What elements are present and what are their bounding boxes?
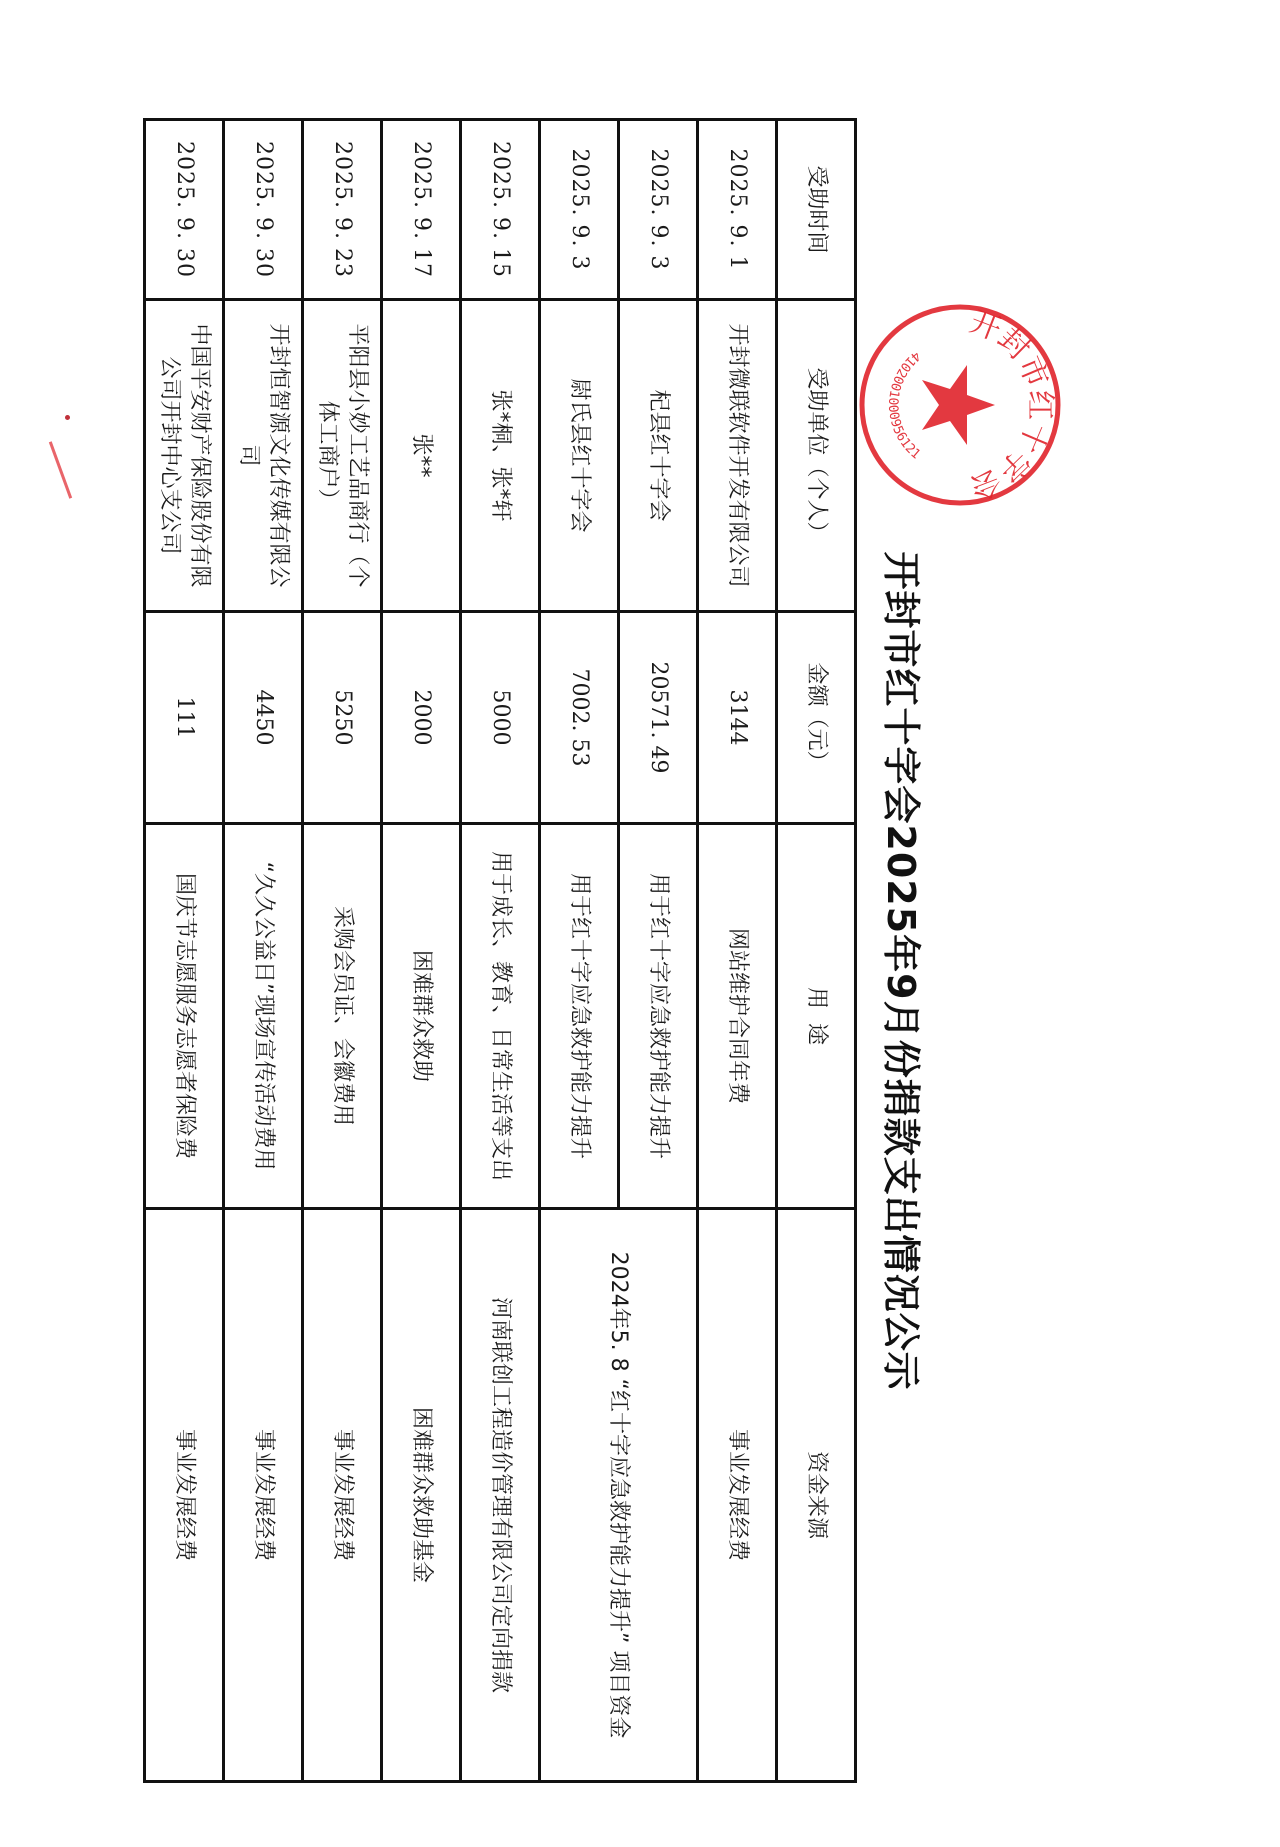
cell-date: 2025. 9. 17 (382, 120, 461, 300)
cell-amount: 111 (145, 612, 224, 824)
cell-source: 事业发展经费 (303, 1209, 382, 1782)
cell-source: 事业发展经费 (145, 1209, 224, 1782)
cell-date: 2025. 9. 3 (619, 120, 698, 300)
cell-purpose: 用于红十字应急救护能力提升 (619, 824, 698, 1209)
cell-date: 2025. 9. 23 (303, 120, 382, 300)
donation-expenditure-table: 受助时间 受助单位（个人） 金额（元） 用 途 资金来源 2025. 9. 1 … (143, 118, 857, 1783)
table-row: 2025. 9. 30 中国平安财产保险股份有限公司开封中心支公司 111 国庆… (145, 120, 224, 1782)
table-row: 2025. 9. 30 开封恒智源文化传媒有限公司 4450 “久久公益日”现场… (224, 120, 303, 1782)
cell-source: 事业发展经费 (224, 1209, 303, 1782)
cell-date: 2025. 9. 30 (224, 120, 303, 300)
svg-text:开封市红十字会: 开封市红十字会 (965, 304, 1057, 505)
table-row: 2025. 9. 3 杞县红十字会 20571. 49 用于红十字应急救护能力提… (619, 120, 698, 1782)
cell-purpose: 网站维护合同年费 (698, 824, 777, 1209)
cell-purpose: 国庆节志愿服务志愿者保险费 (145, 824, 224, 1209)
cell-recipient: 开封恒智源文化传媒有限公司 (224, 300, 303, 612)
scan-dot (65, 415, 70, 420)
cell-recipient: 中国平安财产保险股份有限公司开封中心支公司 (145, 300, 224, 612)
header-purpose: 用 途 (777, 824, 856, 1209)
cell-purpose: 采购会员证、会徽费用 (303, 824, 382, 1209)
cell-source: 河南联创工程造价管理有限公司定向捐款 (461, 1209, 540, 1782)
cell-amount: 5250 (303, 612, 382, 824)
cell-source: 事业发展经费 (698, 1209, 777, 1782)
table-row: 2025. 9. 17 张** 2000 困难群众救助 困难群众救助基金 (382, 120, 461, 1782)
cell-recipient: 张** (382, 300, 461, 612)
header-recipient: 受助单位（个人） (777, 300, 856, 612)
cell-recipient: 杞县红十字会 (619, 300, 698, 612)
cell-recipient: 开封微联软件开发有限公司 (698, 300, 777, 612)
cell-purpose: 用于红十字应急救护能力提升 (540, 824, 619, 1209)
cell-date: 2025. 9. 30 (145, 120, 224, 300)
header-amount: 金额（元） (777, 612, 856, 824)
table-row: 2025. 9. 23 平阳县小妙工艺品商行（个体工商户） 5250 采购会员证… (303, 120, 382, 1782)
cell-purpose: 困难群众救助 (382, 824, 461, 1209)
star-icon (922, 365, 995, 445)
cell-purpose: “久久公益日”现场宣传活动费用 (224, 824, 303, 1209)
header-date: 受助时间 (777, 120, 856, 300)
cell-recipient: 张*桐、张*轩 (461, 300, 540, 612)
cell-recipient: 尉氏县红十字会 (540, 300, 619, 612)
cell-amount: 4450 (224, 612, 303, 824)
table-header-row: 受助时间 受助单位（个人） 金额（元） 用 途 资金来源 (777, 120, 856, 1782)
cell-amount: 5000 (461, 612, 540, 824)
cell-amount: 3144 (698, 612, 777, 824)
cell-source: 困难群众救助基金 (382, 1209, 461, 1782)
cell-date: 2025. 9. 15 (461, 120, 540, 300)
table-row: 2025. 9. 15 张*桐、张*轩 5000 用于成长、教育、日常生活等支出… (461, 120, 540, 1782)
cell-source: 2024年5. 8 “红十字应急救护能力提升” 项目资金 (540, 1209, 698, 1782)
page-title: 开封市红十字会2025年9月份捐款支出情况公示 (877, 140, 932, 1802)
cell-date: 2025. 9. 3 (540, 120, 619, 300)
cell-amount: 7002. 53 (540, 612, 619, 824)
scan-mark (49, 441, 72, 498)
header-source: 资金来源 (777, 1209, 856, 1782)
cell-recipient: 平阳县小妙工艺品商行（个体工商户） (303, 300, 382, 612)
cell-purpose: 用于成长、教育、日常生活等支出 (461, 824, 540, 1209)
cell-amount: 2000 (382, 612, 461, 824)
cell-date: 2025. 9. 1 (698, 120, 777, 300)
document-page: 开封市红十字会2025年9月份捐款支出情况公示 受助时间 受助单位（个人） 金额… (0, 0, 1280, 1847)
table-row: 2025. 9. 1 开封微联软件开发有限公司 3144 网站维护合同年费 事业… (698, 120, 777, 1782)
cell-amount: 20571. 49 (619, 612, 698, 824)
